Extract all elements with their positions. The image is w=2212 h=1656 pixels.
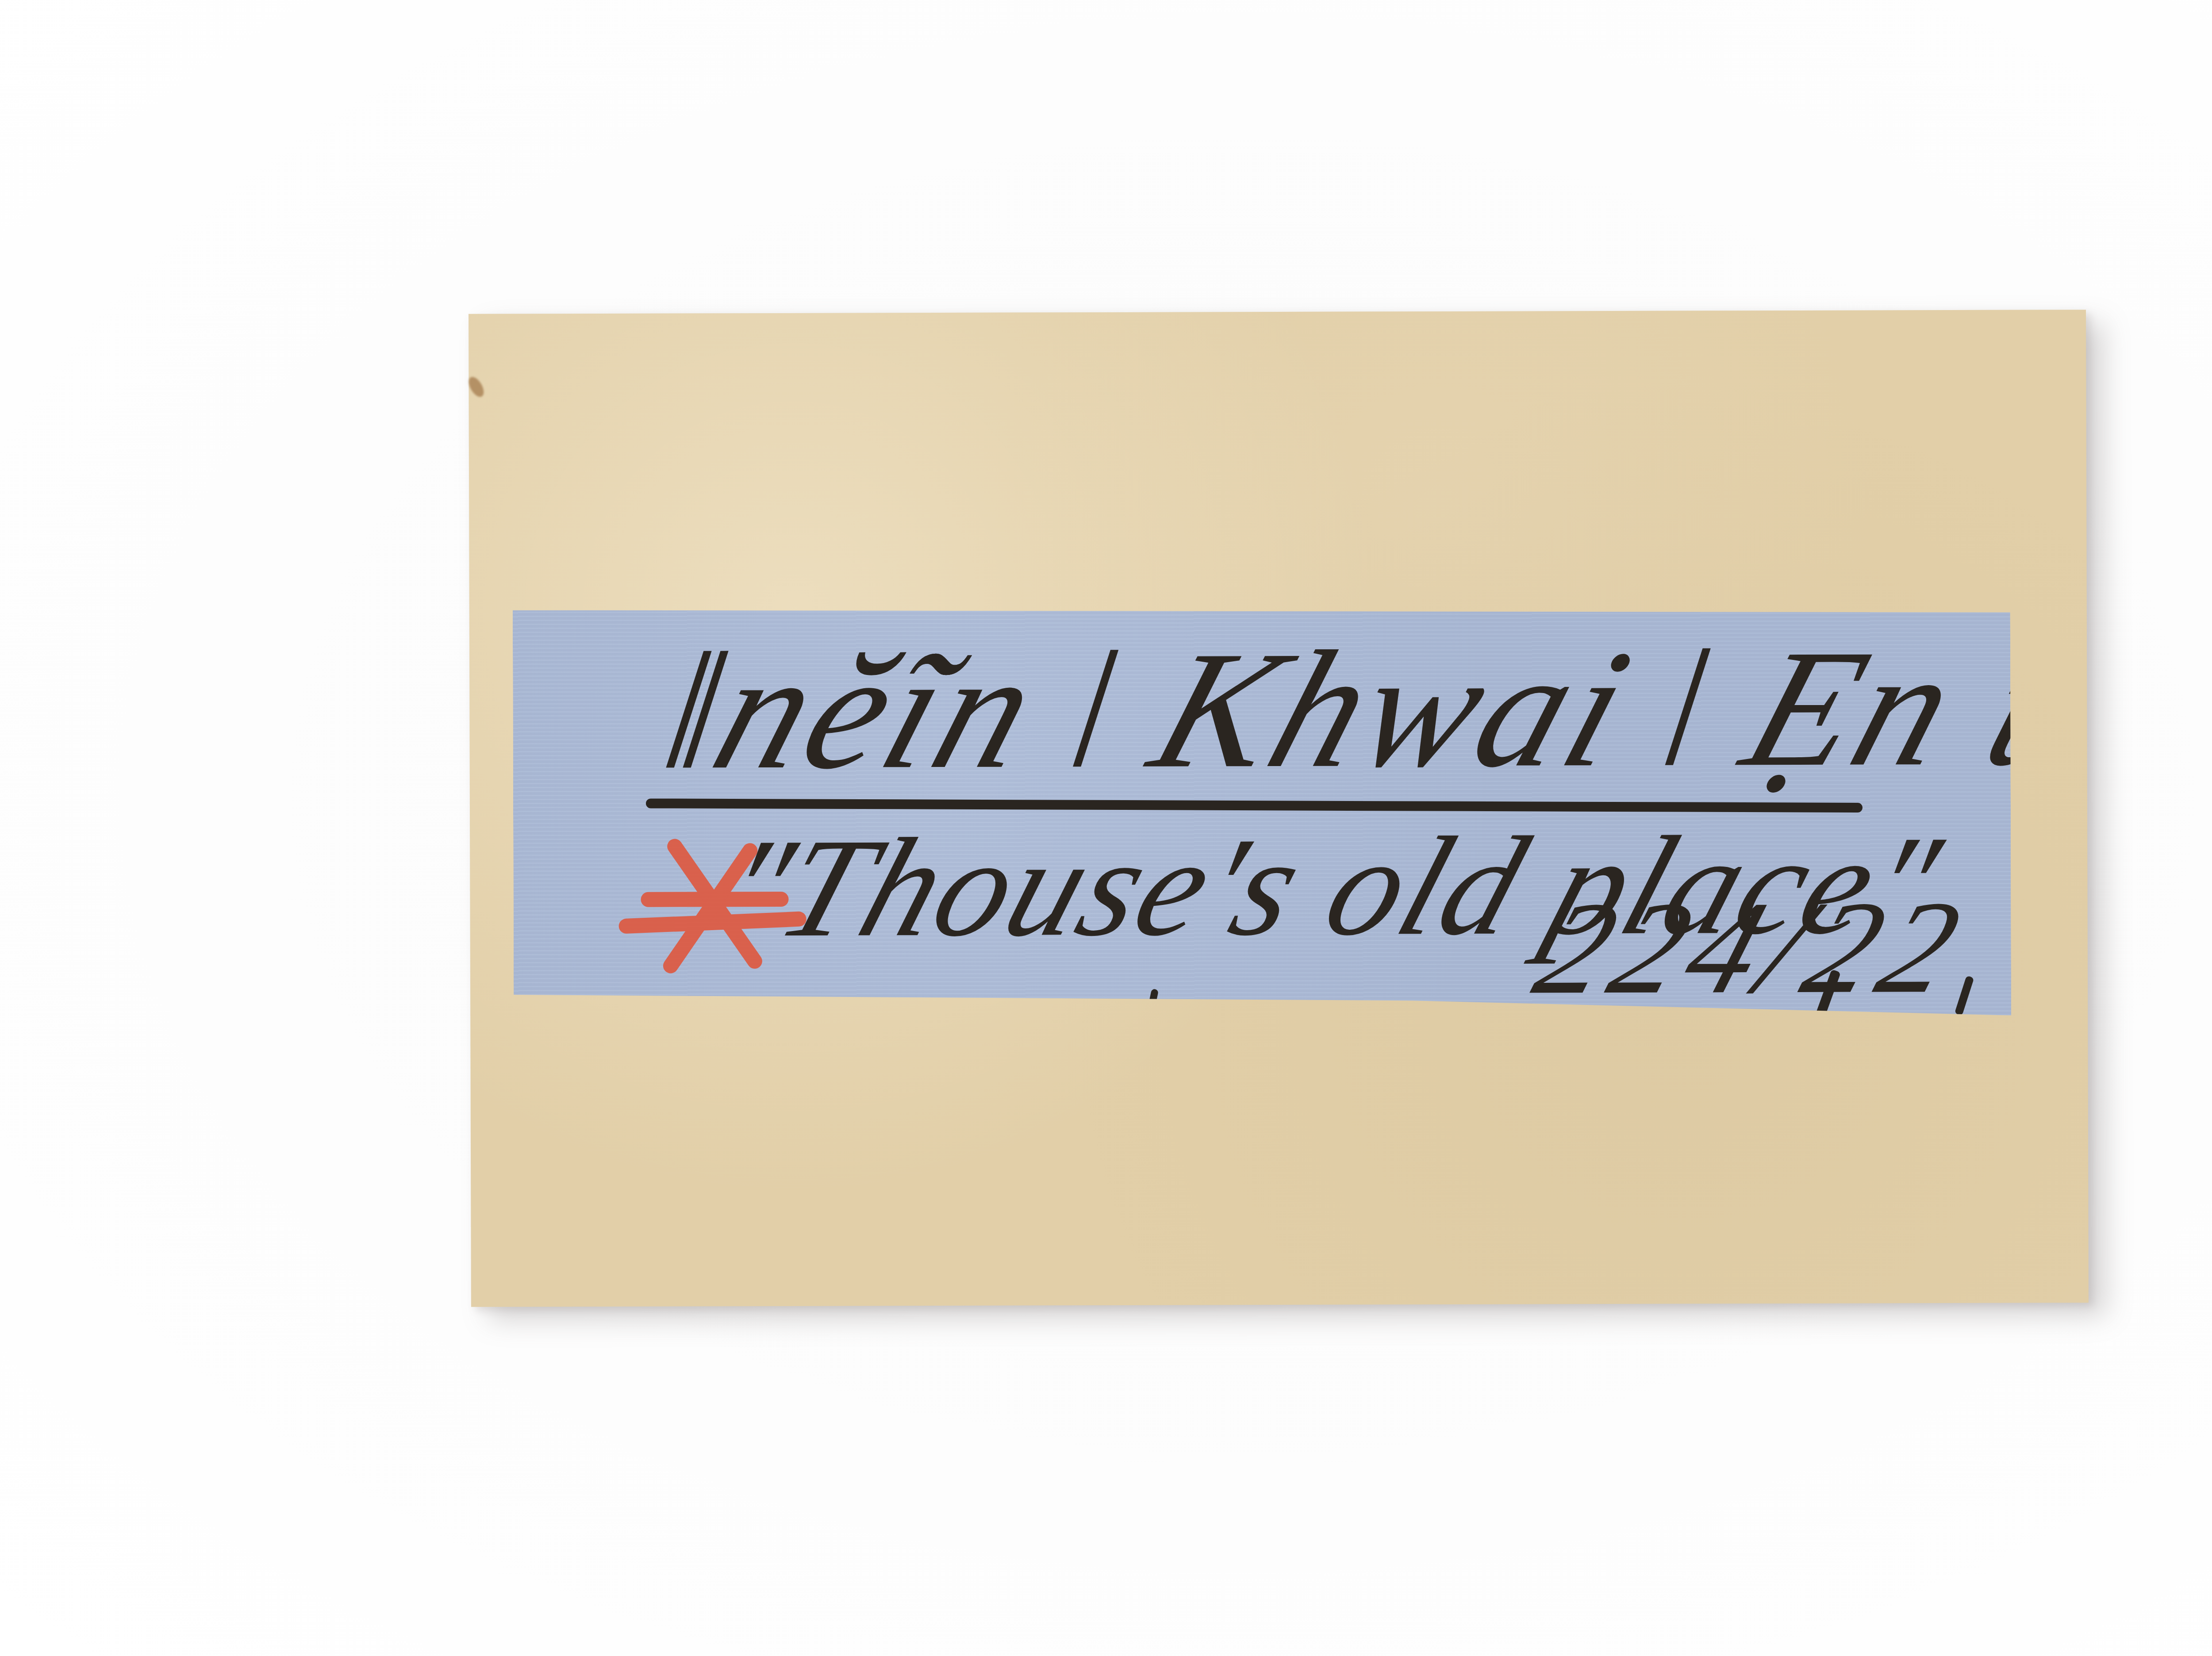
handwritten-line-1: ǁnĕ̃ĩn ǀ Khwai ǀ Ẹn to <box>646 624 2164 796</box>
cut-off-ink-stroke <box>1145 989 1159 1020</box>
mounting-card: ǁnĕ̃ĩn ǀ Khwai ǀ Ẹn to "Thouse's old pla… <box>469 310 2089 1307</box>
blue-note-slip: ǁnĕ̃ĩn ǀ Khwai ǀ Ẹn to "Thouse's old pla… <box>513 606 2011 1020</box>
cut-off-ink-stroke <box>575 1004 603 1015</box>
card-stain <box>466 375 487 399</box>
cut-off-ink-stroke <box>1955 975 1974 1016</box>
reference-number: 224/22 <box>1522 881 1982 1015</box>
